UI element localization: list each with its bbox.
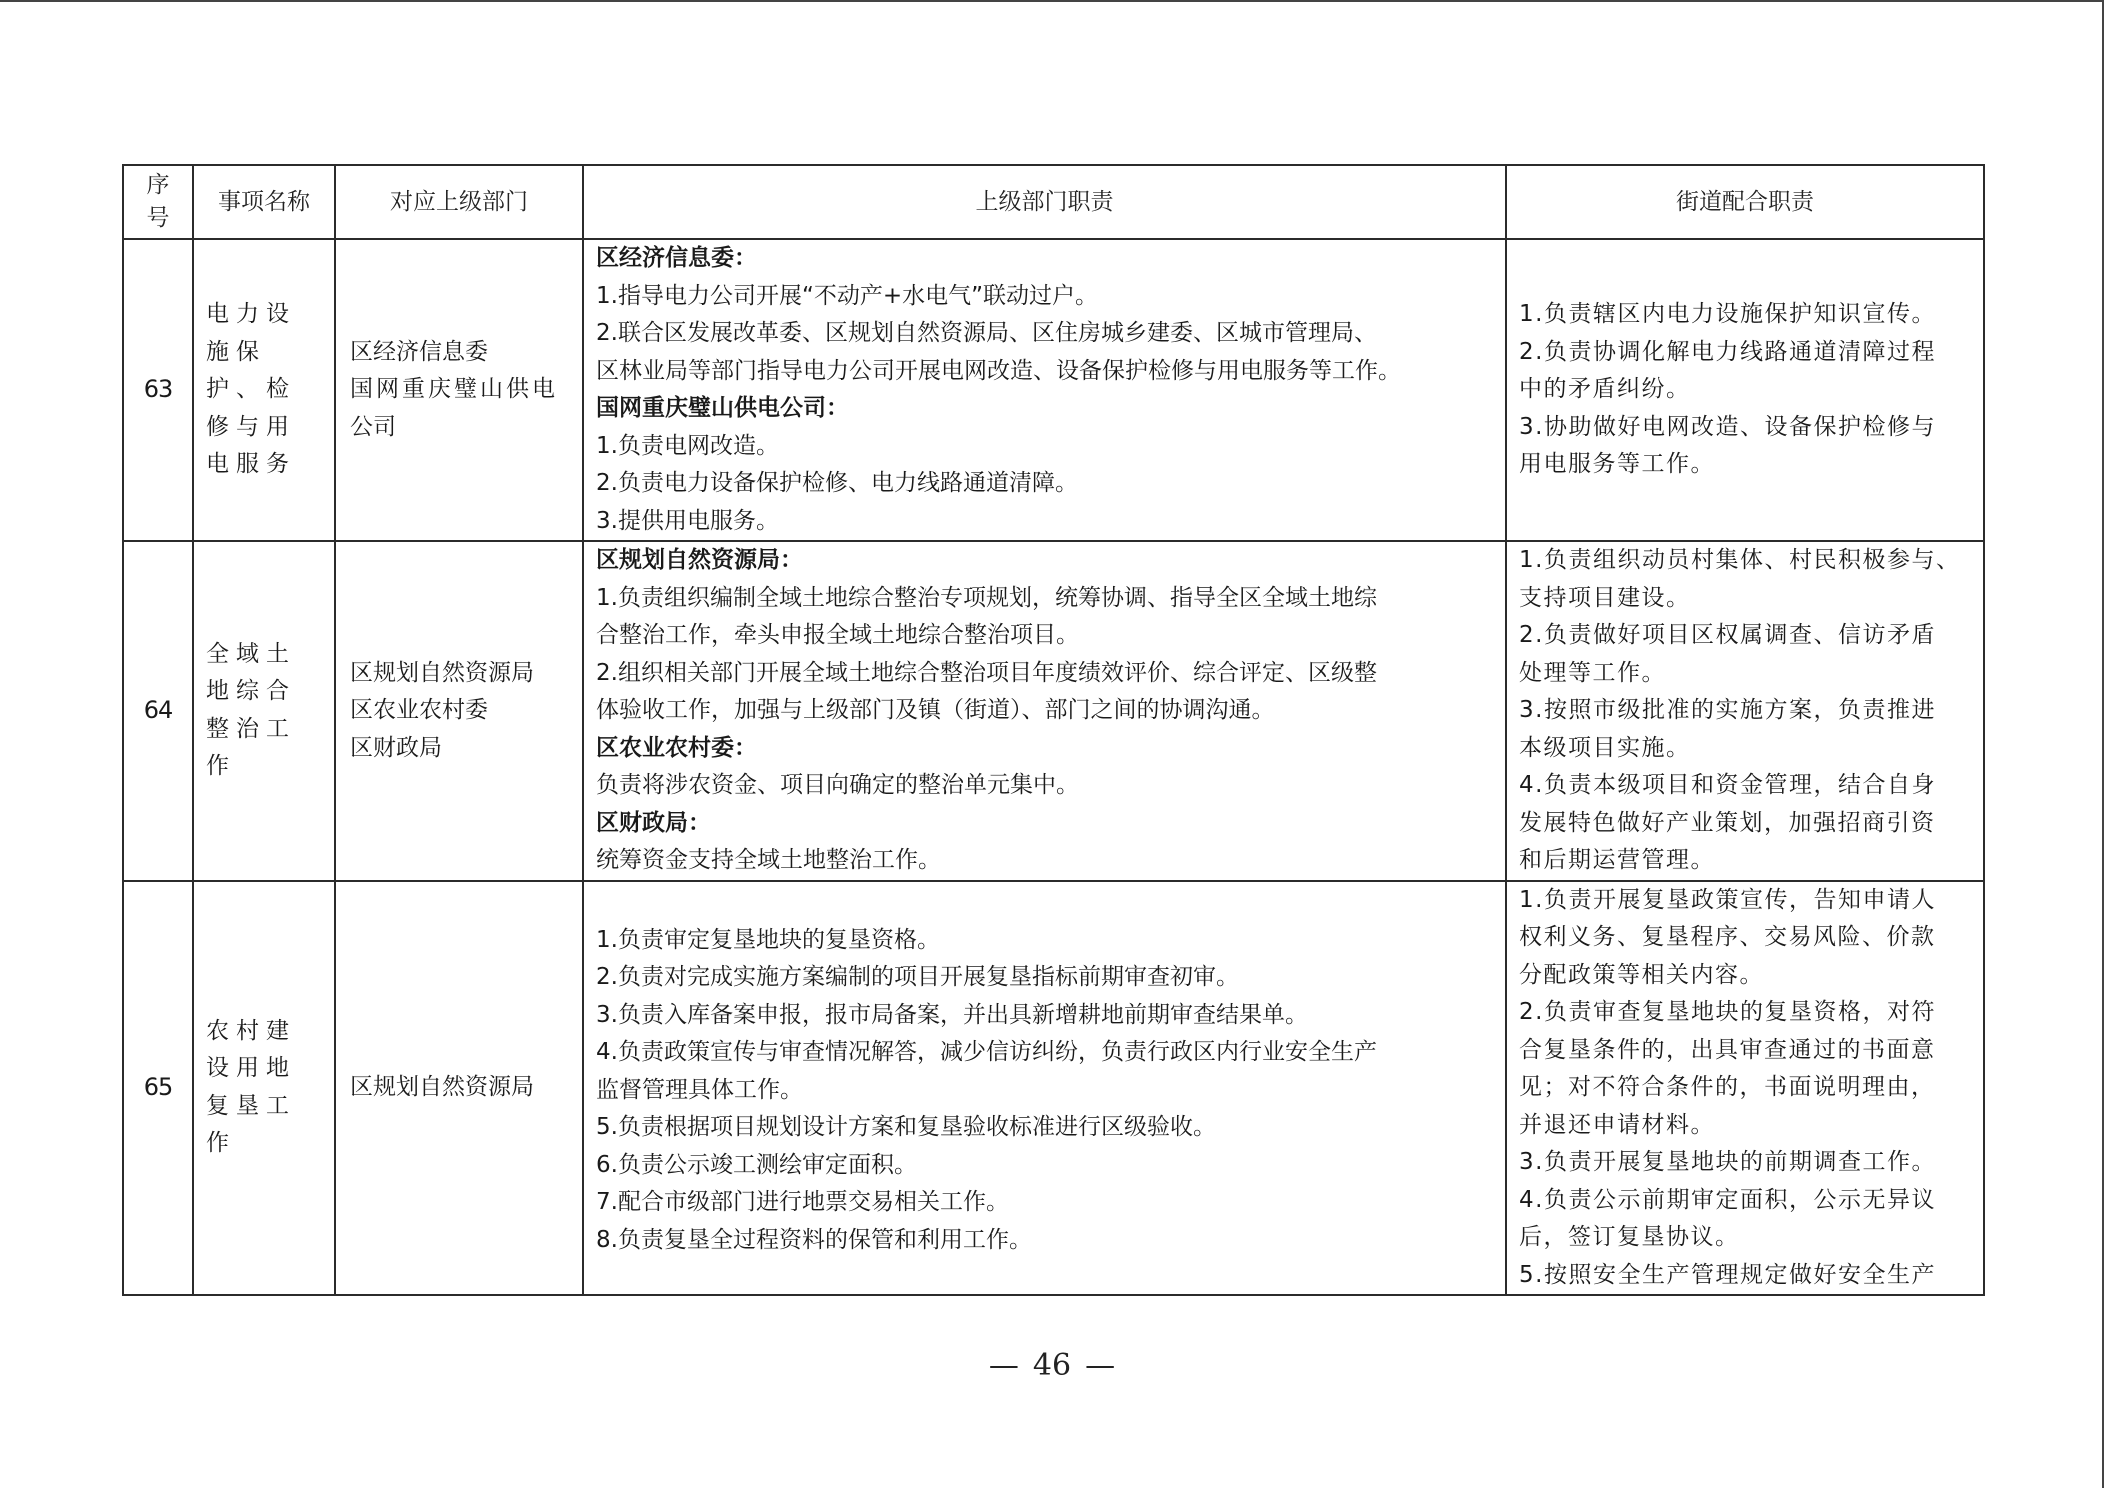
row-seq: 64 [123, 541, 193, 881]
street-duty-line: 权利义务、复垦程序、交易风险、价款 [1519, 919, 1975, 957]
duty-line: 负责将涉农资金、项目向确定的整治单元集中。 [596, 767, 1497, 805]
duty-heading: 国网重庆璧山供电公司： [596, 390, 1497, 428]
duty-heading: 区财政局： [596, 805, 1497, 843]
dept-line: 区规划自然资源局 [350, 655, 574, 693]
duty-line: 合整治工作，牵头申报全域土地综合整治项目。 [596, 617, 1497, 655]
duty-line: 3.负责入库备案申报，报市局备案，并出具新增耕地前期审查结果单。 [596, 997, 1497, 1035]
row-upper-duty: 区规划自然资源局： 1.负责组织编制全域土地综合整治专项规划，统筹协调、指导全区… [583, 541, 1506, 881]
duty-heading: 区经济信息委： [596, 240, 1497, 278]
dept-line: 国网重庆璧山供电 [350, 371, 574, 409]
row-seq: 63 [123, 239, 193, 541]
row-upper-duty: 1.负责审定复垦地块的复垦资格。 2.负责对完成实施方案编制的项目开展复垦指标前… [583, 881, 1506, 1296]
street-duty-line: 合复垦条件的，出具审查通过的书面意 [1519, 1032, 1975, 1070]
row-street-duty: 1.负责组织动员村集体、村民积极参与、 支持项目建设。 2.负责做好项目区权属调… [1506, 541, 1984, 881]
duty-line: 监督管理具体工作。 [596, 1072, 1497, 1110]
row-upper-duty: 区经济信息委： 1.指导电力公司开展“不动产+水电气”联动过户。 2.联合区发展… [583, 239, 1506, 541]
street-duty-line: 5.按照安全生产管理规定做好安全生产 [1519, 1257, 1975, 1295]
street-duty-line: 1.负责开展复垦政策宣传，告知申请人 [1519, 882, 1975, 920]
page-number: 46 [1033, 1348, 1071, 1383]
duty-line: 1.指导电力公司开展“不动产+水电气”联动过户。 [596, 278, 1497, 316]
page-dash-left: — [989, 1348, 1019, 1383]
street-duty-line: 用电服务等工作。 [1519, 446, 1975, 484]
row-street-duty: 1.负责辖区内电力设施保护知识宣传。 2.负责协调化解电力线路通道清障过程 中的… [1506, 239, 1984, 541]
row-street-duty: 1.负责开展复垦政策宣传，告知申请人 权利义务、复垦程序、交易风险、价款 分配政… [1506, 881, 1984, 1296]
street-duty-line: 2.负责协调化解电力线路通道清障过程 [1519, 334, 1975, 372]
table-header-row: 序号 事项名称 对应上级部门 上级部门职责 街道配合职责 [123, 165, 1984, 239]
street-duty-line: 4.负责公示前期审定面积，公示无异议 [1519, 1182, 1975, 1220]
table-row: 63 电力设施保护、检修与用电服务 区经济信息委 国网重庆璧山供电 公司 区经济… [123, 239, 1984, 541]
row-seq: 65 [123, 881, 193, 1296]
street-duty-line: 后，签订复垦协议。 [1519, 1219, 1975, 1257]
duty-line: 1.负责组织编制全域土地综合整治专项规划，统筹协调、指导全区全域土地综 [596, 580, 1497, 618]
street-duty-line: 发展特色做好产业策划，加强招商引资 [1519, 805, 1975, 843]
street-duty-line: 1.负责辖区内电力设施保护知识宣传。 [1519, 296, 1975, 334]
duty-line: 5.负责根据项目规划设计方案和复垦验收标准进行区级验收。 [596, 1109, 1497, 1147]
page-top-border [0, 0, 2104, 2]
table-row: 65 农村建设用地复垦工作 区规划自然资源局 1.负责审定复垦地块的复垦资格。 … [123, 881, 1984, 1296]
duty-heading: 区规划自然资源局： [596, 542, 1497, 580]
dept-line: 公司 [350, 409, 574, 447]
street-duty-line: 支持项目建设。 [1519, 580, 1975, 618]
duty-table: 序号 事项名称 对应上级部门 上级部门职责 街道配合职责 63 电力设施保护、检… [122, 164, 1985, 1296]
street-duty-line: 和后期运营管理。 [1519, 842, 1975, 880]
dept-line: 区规划自然资源局 [350, 1069, 574, 1107]
duty-line: 2.联合区发展改革委、区规划自然资源局、区住房城乡建委、区城市管理局、 [596, 315, 1497, 353]
header-item-name: 事项名称 [193, 165, 335, 239]
street-duty-line: 见；对不符合条件的，书面说明理由， [1519, 1069, 1975, 1107]
street-duty-line: 分配政策等相关内容。 [1519, 957, 1975, 995]
header-upper-dept: 对应上级部门 [335, 165, 583, 239]
row-upper-dept: 区规划自然资源局 [335, 881, 583, 1296]
header-street-duty: 街道配合职责 [1506, 165, 1984, 239]
dept-line: 区财政局 [350, 730, 574, 768]
street-duty-line: 本级项目实施。 [1519, 730, 1975, 768]
duty-line: 4.负责政策宣传与审查情况解答，减少信访纠纷，负责行政区内行业安全生产 [596, 1034, 1497, 1072]
row-upper-dept: 区经济信息委 国网重庆璧山供电 公司 [335, 239, 583, 541]
row-upper-dept: 区规划自然资源局 区农业农村委 区财政局 [335, 541, 583, 881]
duty-line: 8.负责复垦全过程资料的保管和利用工作。 [596, 1222, 1497, 1260]
street-duty-line: 3.协助做好电网改造、设备保护检修与 [1519, 409, 1975, 447]
page-number-footer: —46— [0, 1348, 2104, 1383]
row-item-name: 农村建设用地复垦工作 [193, 881, 335, 1296]
duty-line: 7.配合市级部门进行地票交易相关工作。 [596, 1184, 1497, 1222]
duty-line: 2.组织相关部门开展全域土地综合整治项目年度绩效评价、综合评定、区级整 [596, 655, 1497, 693]
street-duty-line: 2.负责审查复垦地块的复垦资格，对符 [1519, 994, 1975, 1032]
street-duty-line: 3.负责开展复垦地块的前期调查工作。 [1519, 1144, 1975, 1182]
duty-heading: 区农业农村委： [596, 730, 1497, 768]
street-duty-line: 3.按照市级批准的实施方案，负责推进 [1519, 692, 1975, 730]
street-duty-line: 处理等工作。 [1519, 655, 1975, 693]
street-duty-line: 并退还申请材料。 [1519, 1107, 1975, 1145]
street-duty-line: 中的矛盾纠纷。 [1519, 371, 1975, 409]
dept-line: 区农业农村委 [350, 692, 574, 730]
duty-line: 2.负责电力设备保护检修、电力线路通道清障。 [596, 465, 1497, 503]
duty-line: 体验收工作，加强与上级部门及镇（街道）、部门之间的协调沟通。 [596, 692, 1497, 730]
duty-line: 6.负责公示竣工测绘审定面积。 [596, 1147, 1497, 1185]
dept-line: 区经济信息委 [350, 334, 574, 372]
duty-line: 3.提供用电服务。 [596, 503, 1497, 541]
header-upper-duty: 上级部门职责 [583, 165, 1506, 239]
table-row: 64 全域土地综合整治工作 区规划自然资源局 区农业农村委 区财政局 区规划自然… [123, 541, 1984, 881]
row-item-name: 全域土地综合整治工作 [193, 541, 335, 881]
row-item-name: 电力设施保护、检修与用电服务 [193, 239, 335, 541]
duty-line: 1.负责电网改造。 [596, 428, 1497, 466]
duty-line: 统筹资金支持全域土地整治工作。 [596, 842, 1497, 880]
page-dash-right: — [1085, 1348, 1115, 1383]
duty-line: 2.负责对完成实施方案编制的项目开展复垦指标前期审查初审。 [596, 959, 1497, 997]
duty-line: 区林业局等部门指导电力公司开展电网改造、设备保护检修与用电服务等工作。 [596, 353, 1497, 391]
street-duty-line: 4.负责本级项目和资金管理，结合自身 [1519, 767, 1975, 805]
duty-line: 1.负责审定复垦地块的复垦资格。 [596, 922, 1497, 960]
header-seq: 序号 [123, 165, 193, 239]
street-duty-line: 1.负责组织动员村集体、村民积极参与、 [1519, 542, 1975, 580]
street-duty-line: 2.负责做好项目区权属调查、信访矛盾 [1519, 617, 1975, 655]
